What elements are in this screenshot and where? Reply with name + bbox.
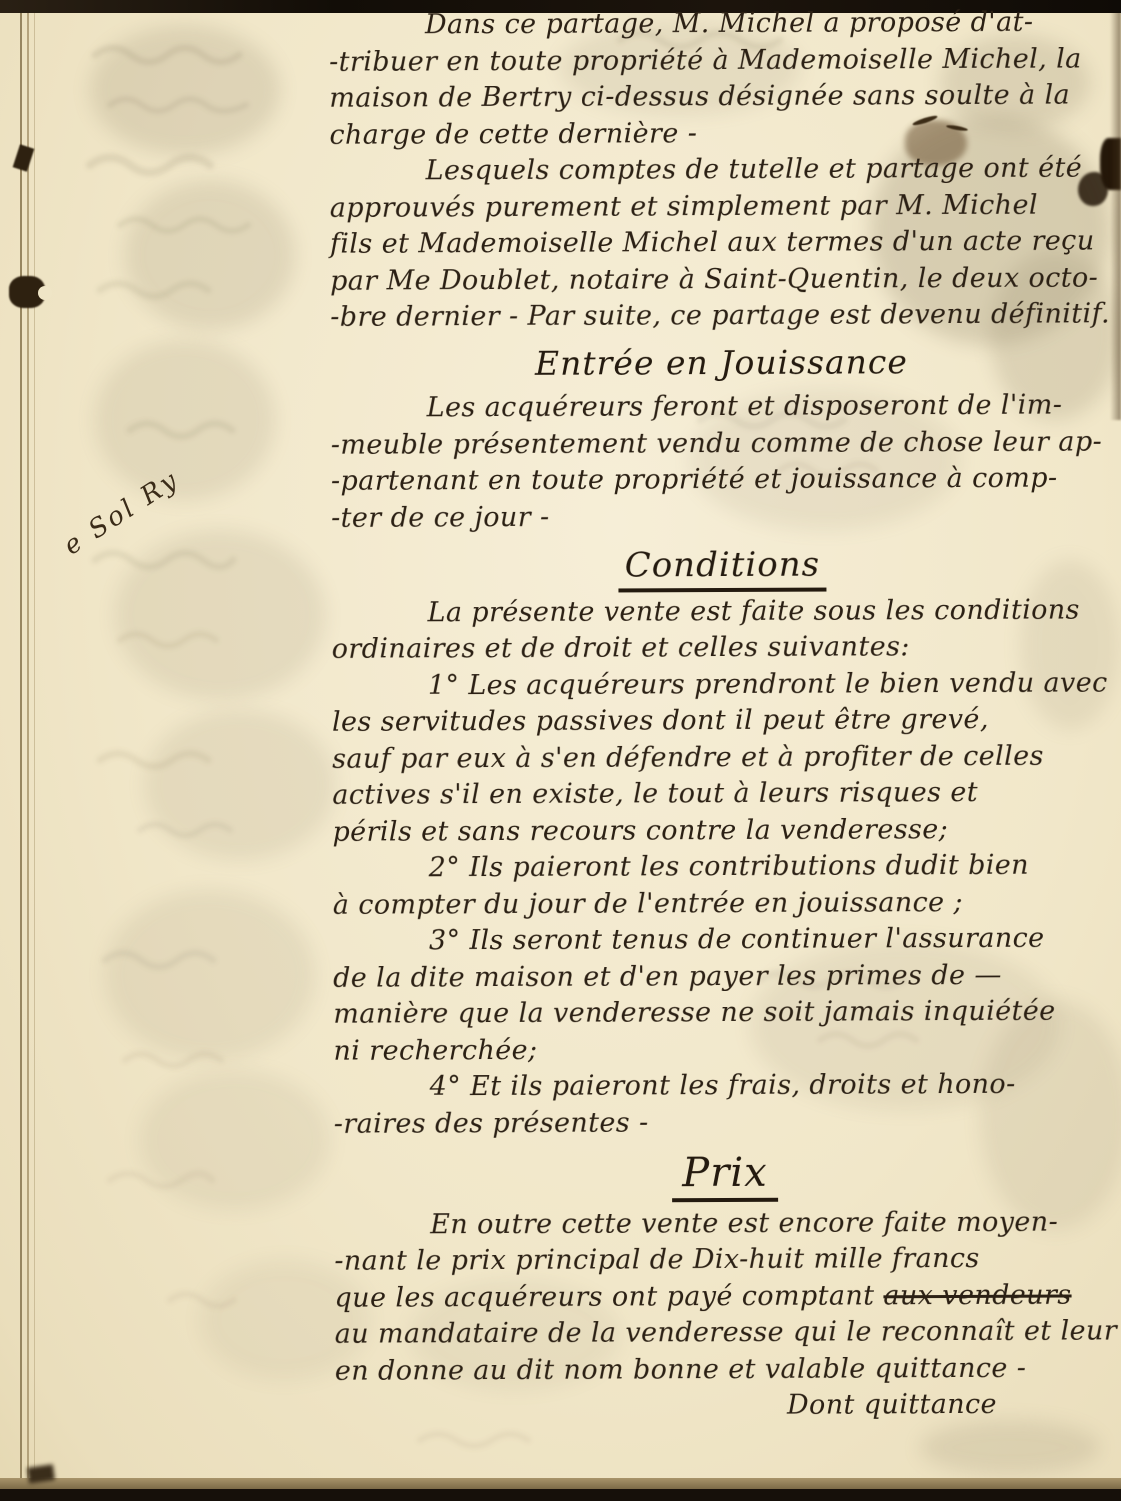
text-line: ordinaires et de droit et celles suivant…	[332, 628, 1114, 668]
binding-fold-line	[34, 0, 35, 1501]
text-line: -tribuer en toute propriété à Mademoisel…	[329, 41, 1111, 81]
binding-hole	[38, 286, 52, 300]
text-line: par Me Doublet, notaire à Saint-Quentin,…	[330, 260, 1112, 300]
stain	[920, 1420, 1100, 1475]
stain	[145, 710, 335, 860]
margin-paraph: e Sol Ry	[58, 465, 185, 562]
text-line: au mandataire de la venderesse qui le re…	[335, 1313, 1117, 1353]
stain	[95, 340, 275, 500]
page-bottom-bevel	[0, 1478, 1121, 1489]
text-line: La présente vente est faite sous les con…	[331, 592, 1113, 632]
binding-fold-line	[20, 0, 22, 1501]
text-line: 2° Ils paieront les contributions dudit …	[333, 847, 1115, 887]
section-heading-conditions-label: Conditions	[619, 545, 827, 593]
text-line: périls et sans recours contre la vendere…	[332, 811, 1114, 851]
text-line: maison de Bertry ci-dessus désignée sans…	[329, 77, 1111, 117]
text-line: approuvés purement et simplement par M. …	[330, 187, 1112, 227]
binding-fold-line	[27, 0, 29, 1501]
struck-text: aux vendeurs	[883, 1279, 1071, 1311]
section-heading-conditions: Conditions	[331, 533, 1113, 595]
text-line: à compter du jour de l'entrée en jouissa…	[333, 884, 1115, 924]
deed-text: Dans ce partage, M. Michel a proposé d'a…	[329, 4, 1117, 1426]
text-line: manière que la venderesse ne soit jamais…	[333, 993, 1115, 1033]
text-line: -meuble présentement vendu comme de chos…	[331, 424, 1113, 464]
text-line: charge de cette dernière -	[329, 114, 1111, 154]
text-segment: que les acquéreurs ont payé comptant	[334, 1280, 883, 1313]
binding-stitch	[13, 144, 35, 171]
section-heading-prix-label: Prix	[672, 1150, 778, 1202]
text-line: fils et Mademoiselle Michel aux termes d…	[330, 223, 1112, 263]
text-line: en donne au dit nom bonne et valable qui…	[335, 1350, 1117, 1390]
text-line: -partenant en toute propriété et jouissa…	[331, 460, 1113, 500]
stain	[90, 25, 280, 155]
text-line: -ter de ce jour -	[331, 497, 1113, 537]
text-line-dont-quittance: Dont quittance	[335, 1386, 1117, 1426]
section-heading-entree-en-jouissance: Entrée en Jouissance	[330, 333, 1112, 391]
text-line: 4° Et ils paieront les frais, droits et …	[334, 1066, 1116, 1106]
text-line: les servitudes passives dont il peut êtr…	[332, 701, 1114, 741]
text-line: de la dite maison et d'en payer les prim…	[333, 957, 1115, 997]
stain	[125, 180, 295, 330]
manuscript-page: e Sol Ry Dans ce partage, M. Michel a pr…	[0, 0, 1121, 1501]
text-line: -nant le prix principal de Dix-huit mill…	[334, 1240, 1116, 1280]
section-heading-prix: Prix	[334, 1139, 1116, 1207]
stain	[115, 530, 325, 700]
stain	[140, 1070, 330, 1210]
text-line: Lesquels comptes de tutelle et partage o…	[330, 150, 1112, 190]
text-line: Les acquéreurs feront et disposeront de …	[331, 387, 1113, 427]
text-line: -bre dernier - Par suite, ce partage est…	[330, 296, 1112, 336]
text-line: Dans ce partage, M. Michel a proposé d'a…	[329, 4, 1111, 44]
scan-edge-bottom	[0, 1489, 1121, 1501]
text-line: -raires des présentes -	[334, 1103, 1116, 1143]
text-line: actives s'il en existe, le tout à leurs …	[332, 774, 1114, 814]
text-line: sauf par eux à s'en défendre et à profit…	[332, 738, 1114, 778]
text-line: 3° Ils seront tenus de continuer l'assur…	[333, 920, 1115, 960]
stain	[105, 890, 315, 1060]
text-line: que les acquéreurs ont payé comptant aux…	[334, 1277, 1116, 1317]
text-line: ni recherchée;	[333, 1030, 1115, 1070]
text-line: En outre cette vente est encore faite mo…	[334, 1204, 1116, 1244]
text-line: 1° Les acquéreurs prendront le bien vend…	[332, 665, 1114, 705]
